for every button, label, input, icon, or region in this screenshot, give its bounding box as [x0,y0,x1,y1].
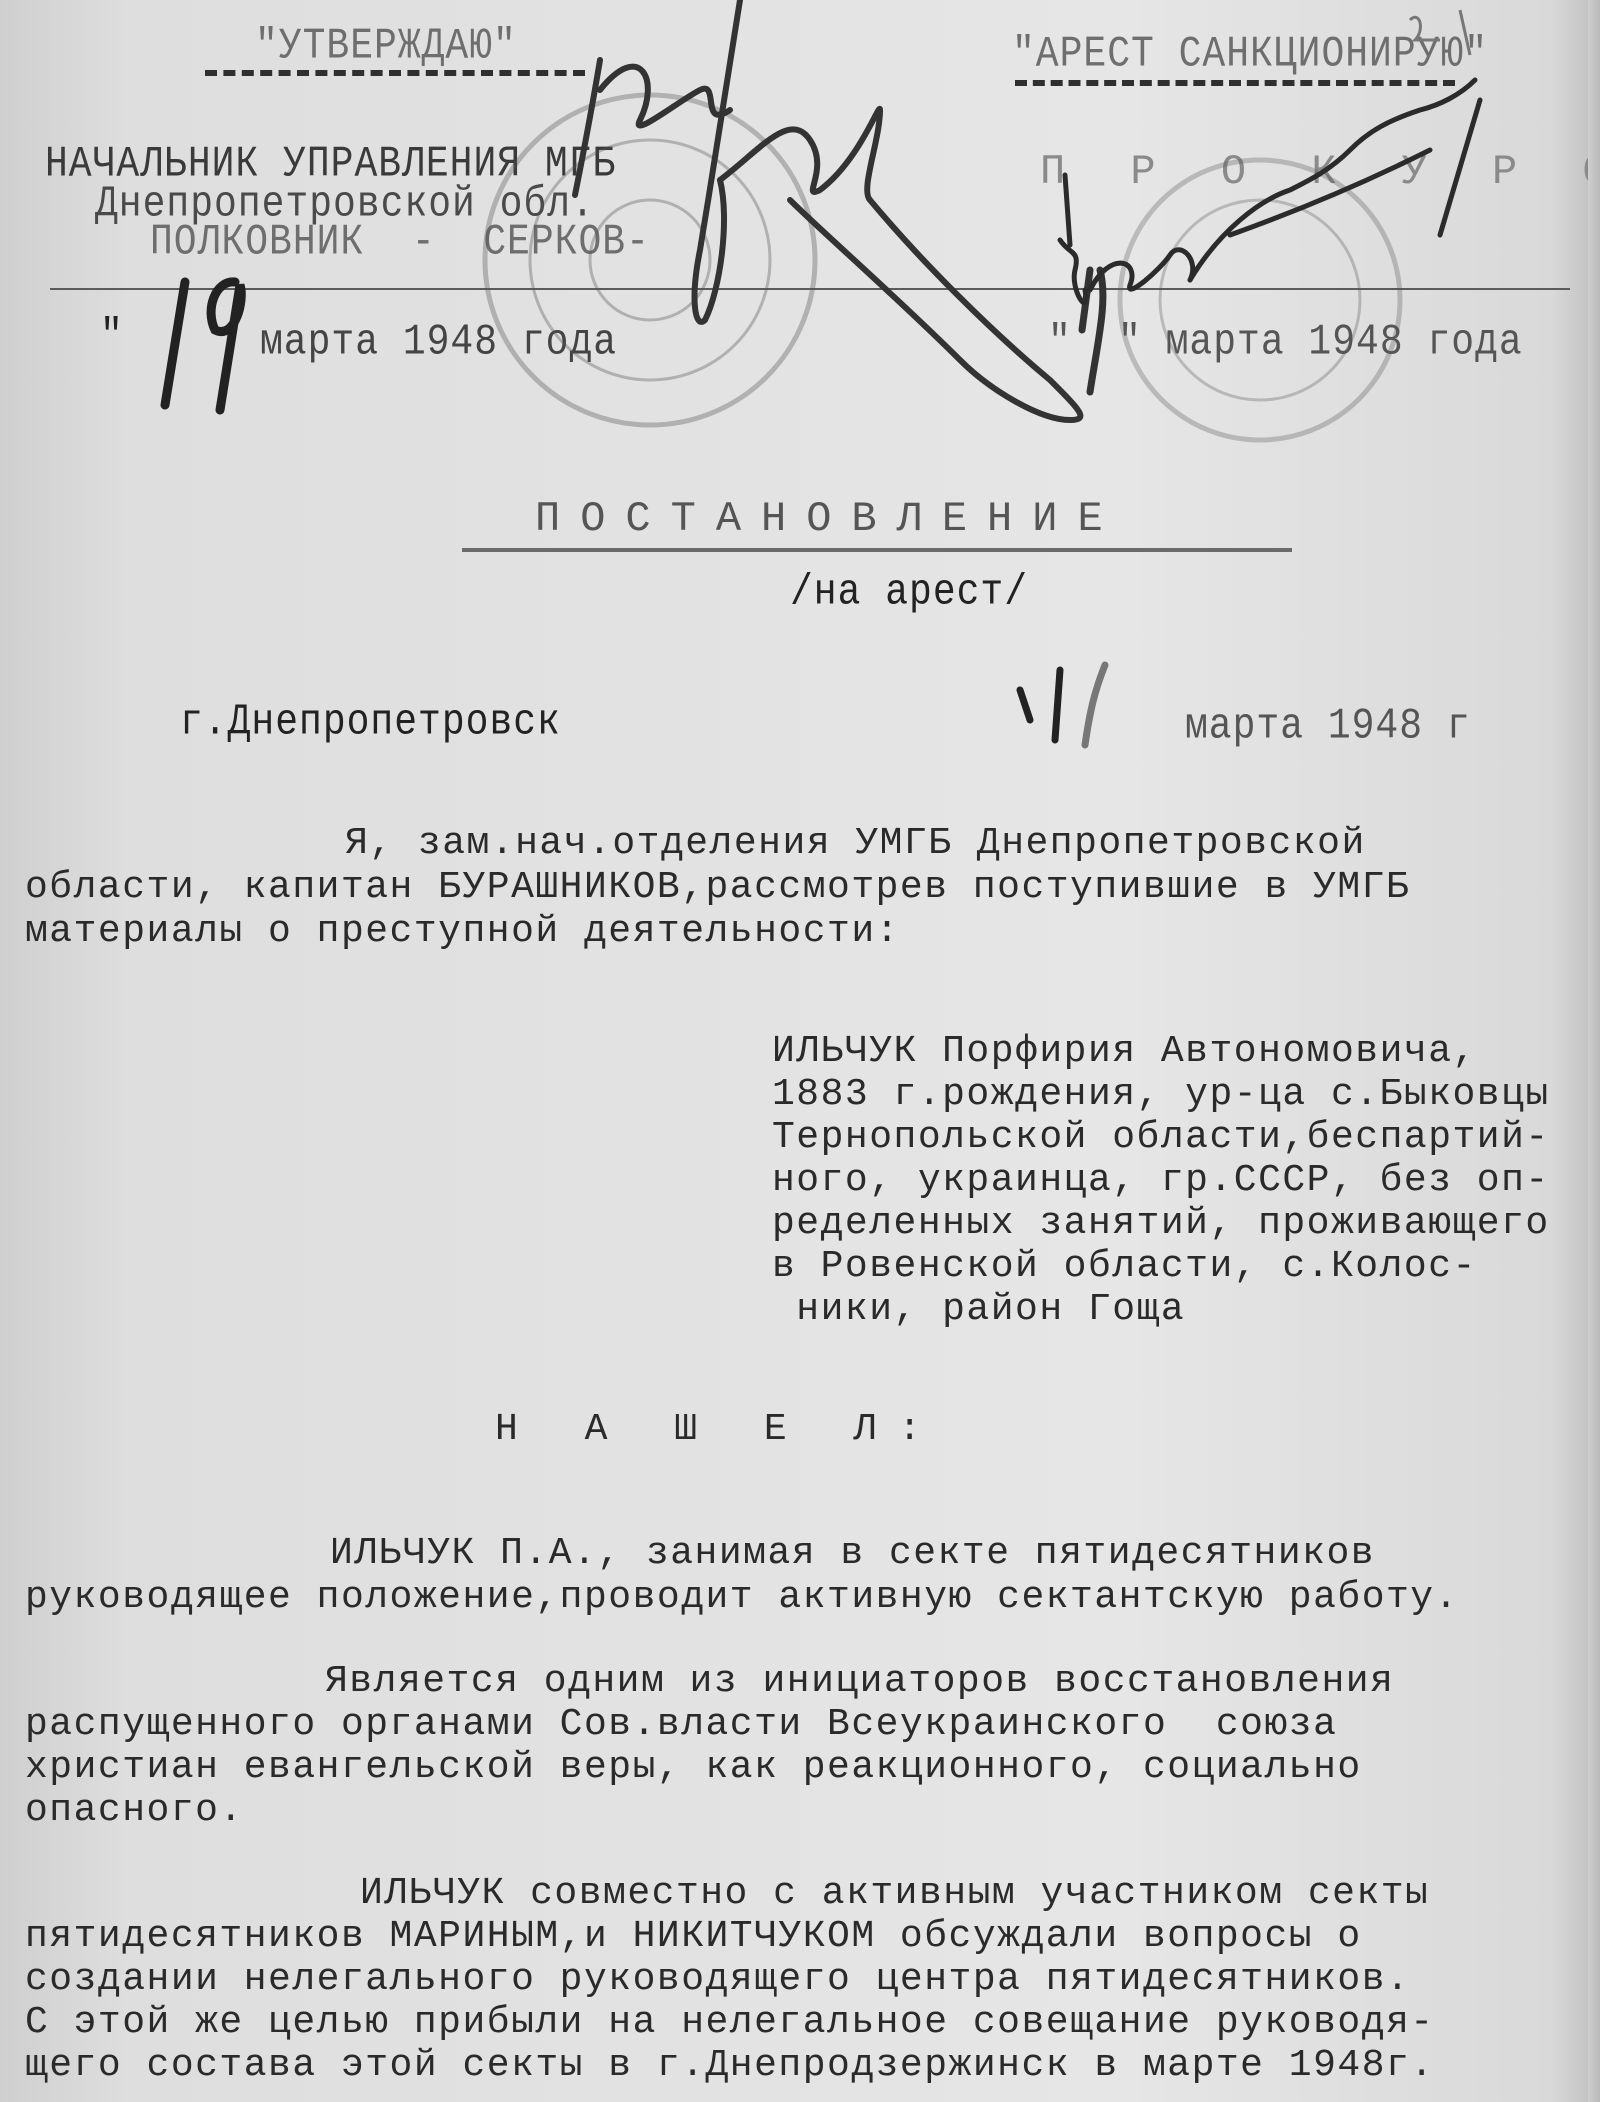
found-heading: Н А Ш Е Л: [495,1408,943,1451]
place-date-text: марта 1948 г [1185,702,1471,751]
city: г.Днепропетровск [180,698,561,747]
para2-line-4: опасного. [25,1789,244,1832]
para3-line-1: ИЛЬЧУК совместно с активным участником с… [360,1872,1429,1915]
document-title: ПОСТАНОВЛЕНИЕ [535,495,1123,543]
sanction-label: "АРЕСТ САНКЦИОНИРУЮ" [1012,30,1488,79]
subject-line-5: ределенных занятий, проживающего [772,1202,1550,1245]
right-date-text: " марта 1948 года [1118,318,1523,367]
right-date-quote: " [1048,318,1072,367]
chief-signature-icon [575,0,1080,420]
subject-line-1: ИЛЬЧУК Порфирия Автономовича, [772,1030,1477,1073]
para2-line-2: распущенного органами Сов.власти Всеукра… [25,1703,1337,1746]
intro-line-3: материалы о преступной деятельности: [25,910,900,953]
left-date-text: марта 1948 года [260,318,617,367]
prosecutor-round-seal-icon [1120,160,1400,440]
para3-line-2: пятидесятников МАРИНЫМ,и НИКИТЧУКОМ обсу… [25,1915,1362,1958]
para3-line-4: С этой же целью прибыли на нелегальное с… [25,2001,1435,2044]
chief-title-line3: ПОЛКОВНИК - СЕРКОВ- [150,218,650,267]
subject-line-2: 1883 г.рождения, ур-ца с.Быковцы [772,1073,1550,1116]
approval-underline [205,70,585,76]
para2-line-3: христиан евангельской веры, как реакцион… [25,1746,1362,1789]
prosecutor-title: П Р О К У Р О Р [1040,148,1600,196]
sanction-underline [1015,80,1455,86]
para1-line-1: ИЛЬЧУК П.А., занимая в секте пятидесятни… [330,1532,1375,1575]
subject-line-6: в Ровенской области, с.Колос- [772,1245,1477,1288]
intro-line-1: Я, зам.нач.отделения УМГБ Днепропетровск… [345,822,1366,865]
handwritten-day-place-icon [1020,665,1105,745]
handwritten-day-left-icon [165,282,241,410]
approval-label: "УТВЕРЖДАЮ" [255,22,517,71]
header-rule [50,288,1570,290]
para3-line-5: щего состава этой секты в г.Днепродзержи… [25,2044,1435,2087]
para3-line-3: создании нелегального руководящего центр… [25,1958,1410,2001]
para2-line-1: Является одним из инициаторов восстановл… [325,1660,1394,1703]
subject-line-3: Тернопольской области,беспартий- [772,1116,1550,1159]
left-date-quote: " [100,312,124,361]
subject-line-4: ного, украинца, гр.СССР, без оп- [772,1159,1550,1202]
document-page: "УТВЕРЖДАЮ" НАЧАЛЬНИК УПРАВЛЕНИЯ МГБ Дне… [0,0,1600,2102]
intro-line-2: области, капитан БУРАШНИКОВ,рассмотрев п… [25,866,1410,909]
title-underline [462,548,1292,552]
para1-line-2: руководящее положение,проводит активную … [25,1576,1459,1619]
document-subtitle: /на арест/ [790,568,1028,617]
subject-line-7: ники, район Гоща [772,1288,1185,1331]
